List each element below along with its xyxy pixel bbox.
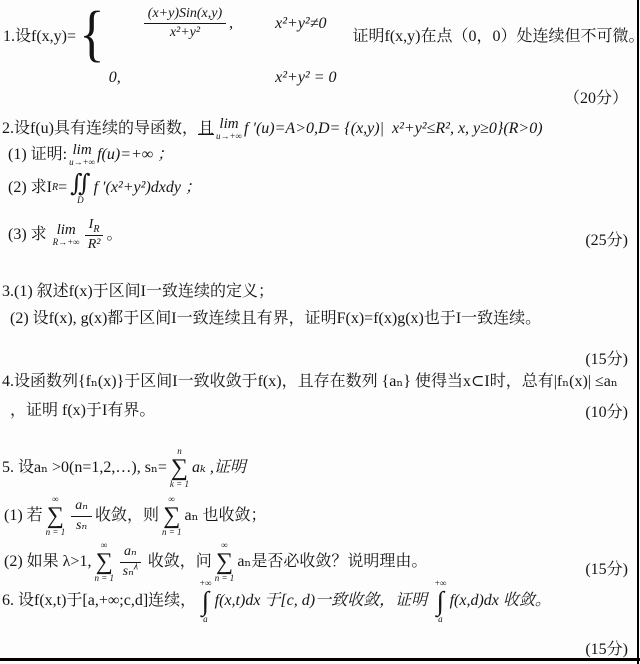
question-6-line: 6. 设f(x,t)于[a,+∞;c,d]连续， +∞ ∫ a f(x,t)dx…	[2, 578, 551, 624]
question-6-end: f(x,d)dx 收敛。	[450, 591, 551, 611]
question-2-intro: 2.设f(u)具有连续的导函数，	[2, 119, 198, 139]
question-3-item-2: (2) 设f(x), g(x)都于区间I一致连续且有界，证明F(x)=f(x)g…	[10, 309, 541, 329]
equals-sign: =	[58, 178, 67, 198]
sum-operator: ∞ ∑ n = 1	[215, 541, 235, 583]
question-2-emph: 且	[198, 119, 214, 139]
question-4-line-2: ，证明 f(x)于I有界。	[10, 400, 155, 422]
exam-document-page: 1.设f(x,y)= { (x+y)Sin(x,y) x²+y² , x²+y²…	[0, 0, 640, 664]
fraction-denominator: x²+y²	[170, 24, 200, 41]
sum-operator: ∞ ∑ n = 1	[46, 495, 66, 537]
question-2-item-2: (2) 求IR= ∬ D f ′(x²+y²)dxdy ；	[8, 163, 201, 213]
sum-operator: n ∑ k = 1	[170, 447, 189, 489]
question-5-suffix: aₖ ,证明	[192, 458, 246, 478]
right-border-rule	[637, 0, 639, 664]
fraction: IR R²	[85, 217, 104, 252]
limit-operator: lim u→+∞	[216, 117, 242, 141]
bottom-border-rule	[0, 658, 640, 661]
item-2-formula: f ′(x²+y²)dxdy ；	[94, 178, 201, 198]
fraction-numerator: aₙ	[71, 498, 92, 516]
item-2-end: aₙ是否必收敛？说明理由。	[237, 552, 427, 572]
question-1-line: 1.设f(x,y)= { (x+y)Sin(x,y) x²+y² , x²+y²…	[3, 6, 640, 68]
piecewise-cases: (x+y)Sin(x,y) x²+y² , x²+y²≠0 0, x²+y² =…	[109, 0, 337, 88]
question-2-condition: f ′(u)=A>0,D= {(x,y)| x²+y²≤R², x, y≥0}(…	[244, 119, 543, 139]
item-1-label: (1) 证明:	[8, 145, 67, 165]
item-1-formula: f(u)=+∞ ；	[97, 145, 173, 165]
fraction: (x+y)Sin(x,y) x²+y²	[144, 6, 226, 41]
question-6-prefix: 6. 设f(x,t)于[a,+∞;c,d]连续，	[2, 591, 196, 611]
question-5-prefix: 5. 设aₙ >0(n=1,2,…), sₙ=	[2, 458, 167, 478]
question-6-middle: f(x,t)dx 于[c, d)一致收敛，证明	[215, 591, 431, 611]
fraction: aₙ sₙ	[71, 498, 92, 533]
question-4-conclusion: ，证明 f(x)于I有界。	[10, 401, 155, 421]
question-6-score: (15分)	[585, 636, 628, 659]
question-4-line-1: 4.设函数列{fₙ(x)}于区间I一致收敛于f(x)，且存在数列 {aₙ} 使得…	[2, 371, 618, 393]
question-3-item-1: 3.(1) 叙述f(x)于区间I一致连续的定义；	[2, 282, 274, 302]
item-2-label: (2) 求I	[8, 178, 52, 198]
integral-operator: +∞ ∫ a	[434, 579, 447, 624]
fraction-numerator: IR	[85, 217, 104, 235]
fraction-denominator: R²	[88, 236, 101, 253]
case-2-condition: x²+y² = 0	[275, 68, 336, 88]
item-1-end: aₙ 也收敛；	[185, 506, 267, 526]
item-3-label: (3) 求	[8, 225, 51, 245]
question-2-score: (25分)	[585, 227, 628, 250]
fraction-denominator: sₙ	[76, 517, 87, 534]
sum-operator: ∞ ∑ n = 1	[162, 495, 182, 537]
question-4-score: (10分)	[585, 399, 628, 422]
sum-operator: ∞ ∑ n = 1	[94, 541, 114, 583]
fraction-numerator: aₙ	[120, 544, 141, 562]
question-1-score: （20分）	[564, 85, 628, 108]
question-3-score: (15分)	[585, 346, 628, 369]
item-1-label: (1) 若	[4, 506, 43, 526]
question-1-statement: 证明f(x,y)在点（0，0）处连续但不可微。	[353, 27, 640, 47]
double-integral-operator: ∬ D	[70, 172, 90, 205]
fraction: aₙ sₙλ	[120, 544, 141, 579]
fraction-numerator: (x+y)Sin(x,y)	[144, 6, 226, 24]
question-5-item-1: (1) 若 ∞ ∑ n = 1 aₙ sₙ 收敛，则 ∞ ∑ n = 1 aₙ …	[4, 492, 267, 540]
item-2-label: (2) 如果 λ>1,	[4, 552, 91, 572]
case-1-condition: x²+y²≠0	[275, 14, 336, 34]
item-2-middle: 收敛，问	[144, 552, 212, 572]
question-2-item-3: (3) 求 lim R→+∞ IR R² 。	[8, 213, 122, 257]
case-1-value: (x+y)Sin(x,y) x²+y² ,	[109, 0, 233, 61]
question-1-prefix: 1.设f(x,y)=	[3, 27, 76, 47]
item-3-period: 。	[106, 225, 122, 245]
case-1-comma: ,	[229, 14, 233, 31]
question-3-line-2: (2) 设f(x), g(x)都于区间I一致连续且有界，证明F(x)=f(x)g…	[10, 308, 541, 330]
limit-operator: lim R→+∞	[53, 223, 80, 247]
item-1-middle: 收敛，则	[95, 506, 159, 526]
integral-operator: +∞ ∫ a	[199, 579, 212, 624]
question-5-intro: 5. 设aₙ >0(n=1,2,…), sₙ= n ∑ k = 1 aₖ ,证明	[2, 443, 246, 493]
case-2-value: 0,	[109, 68, 233, 88]
question-3-line-1: 3.(1) 叙述f(x)于区间I一致连续的定义；	[2, 281, 274, 303]
question-4-statement: 4.设函数列{fₙ(x)}于区间I一致收敛于f(x)，且存在数列 {aₙ} 使得…	[2, 372, 618, 392]
question-5-score: (15分)	[585, 556, 628, 579]
